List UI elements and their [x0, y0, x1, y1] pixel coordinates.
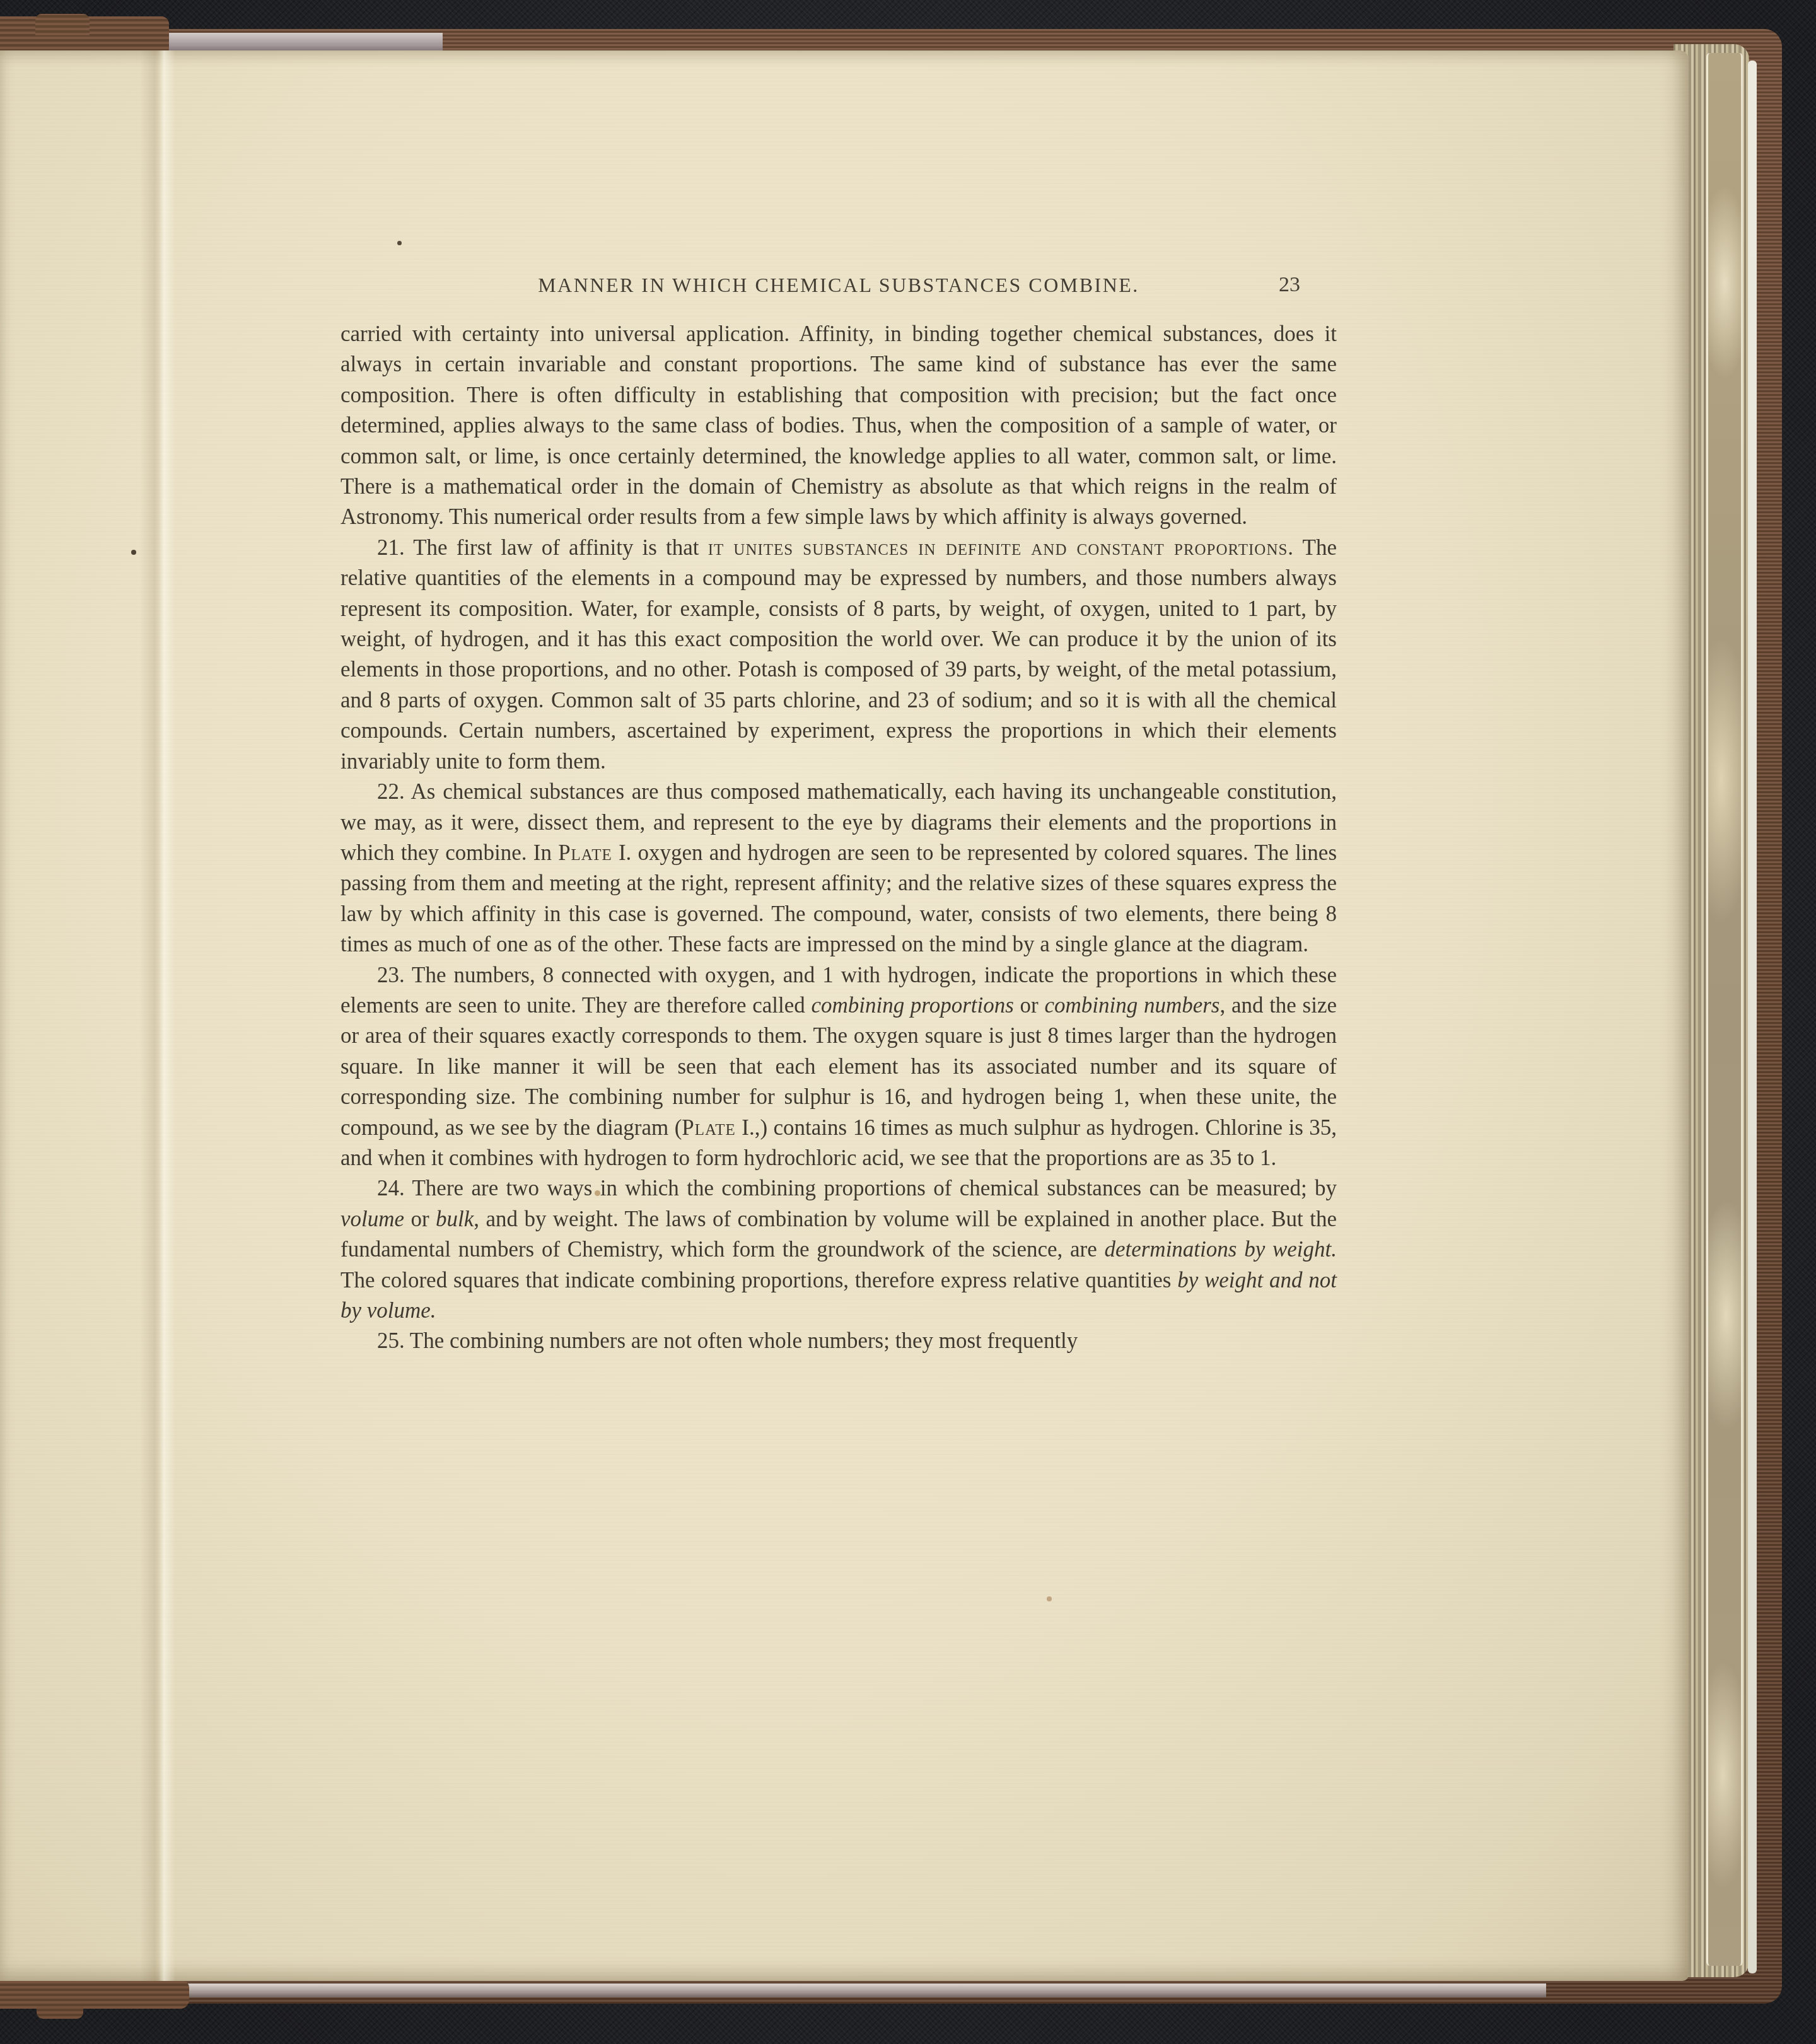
headband-cloth-tab	[35, 14, 90, 35]
page-number: 23	[1279, 273, 1300, 297]
page-edge-stained-strip	[1706, 53, 1743, 1966]
page-gutter-fold	[140, 50, 175, 1981]
tailband-cloth	[0, 1981, 189, 2009]
paper-speck	[1047, 1596, 1052, 1601]
paper-speck	[397, 241, 402, 245]
page-content: MANNER IN WHICH CHEMICAL SUBSTANCES COMB…	[340, 272, 1337, 1357]
paragraph-25: 25. The combining numbers are not often …	[340, 1326, 1337, 1356]
paper-speck	[131, 550, 136, 555]
paragraph-24: 24. There are two ways in which the comb…	[340, 1173, 1337, 1326]
tailband-cloth-tab	[37, 2006, 83, 2019]
paragraph-21: 21. The first law of affinity is that it…	[340, 533, 1337, 777]
cover-bottom-highlight	[184, 1983, 1546, 1997]
book-page: MANNER IN WHICH CHEMICAL SUBSTANCES COMB…	[0, 50, 1689, 1981]
paragraph-23: 23. The numbers, 8 connected with oxygen…	[340, 960, 1337, 1174]
page-body-text: carried with certainty into universal ap…	[340, 319, 1337, 1357]
cover-top-highlight	[161, 33, 443, 52]
paragraph-22: 22. As chemical substances are thus comp…	[340, 777, 1337, 960]
endpaper-sliver	[1748, 61, 1757, 1973]
book-photograph: MANNER IN WHICH CHEMICAL SUBSTANCES COMB…	[0, 0, 1816, 2044]
page-head-row: MANNER IN WHICH CHEMICAL SUBSTANCES COMB…	[340, 272, 1337, 299]
running-title: MANNER IN WHICH CHEMICAL SUBSTANCES COMB…	[340, 272, 1337, 298]
paragraph-continuation: carried with certainty into universal ap…	[340, 319, 1337, 533]
